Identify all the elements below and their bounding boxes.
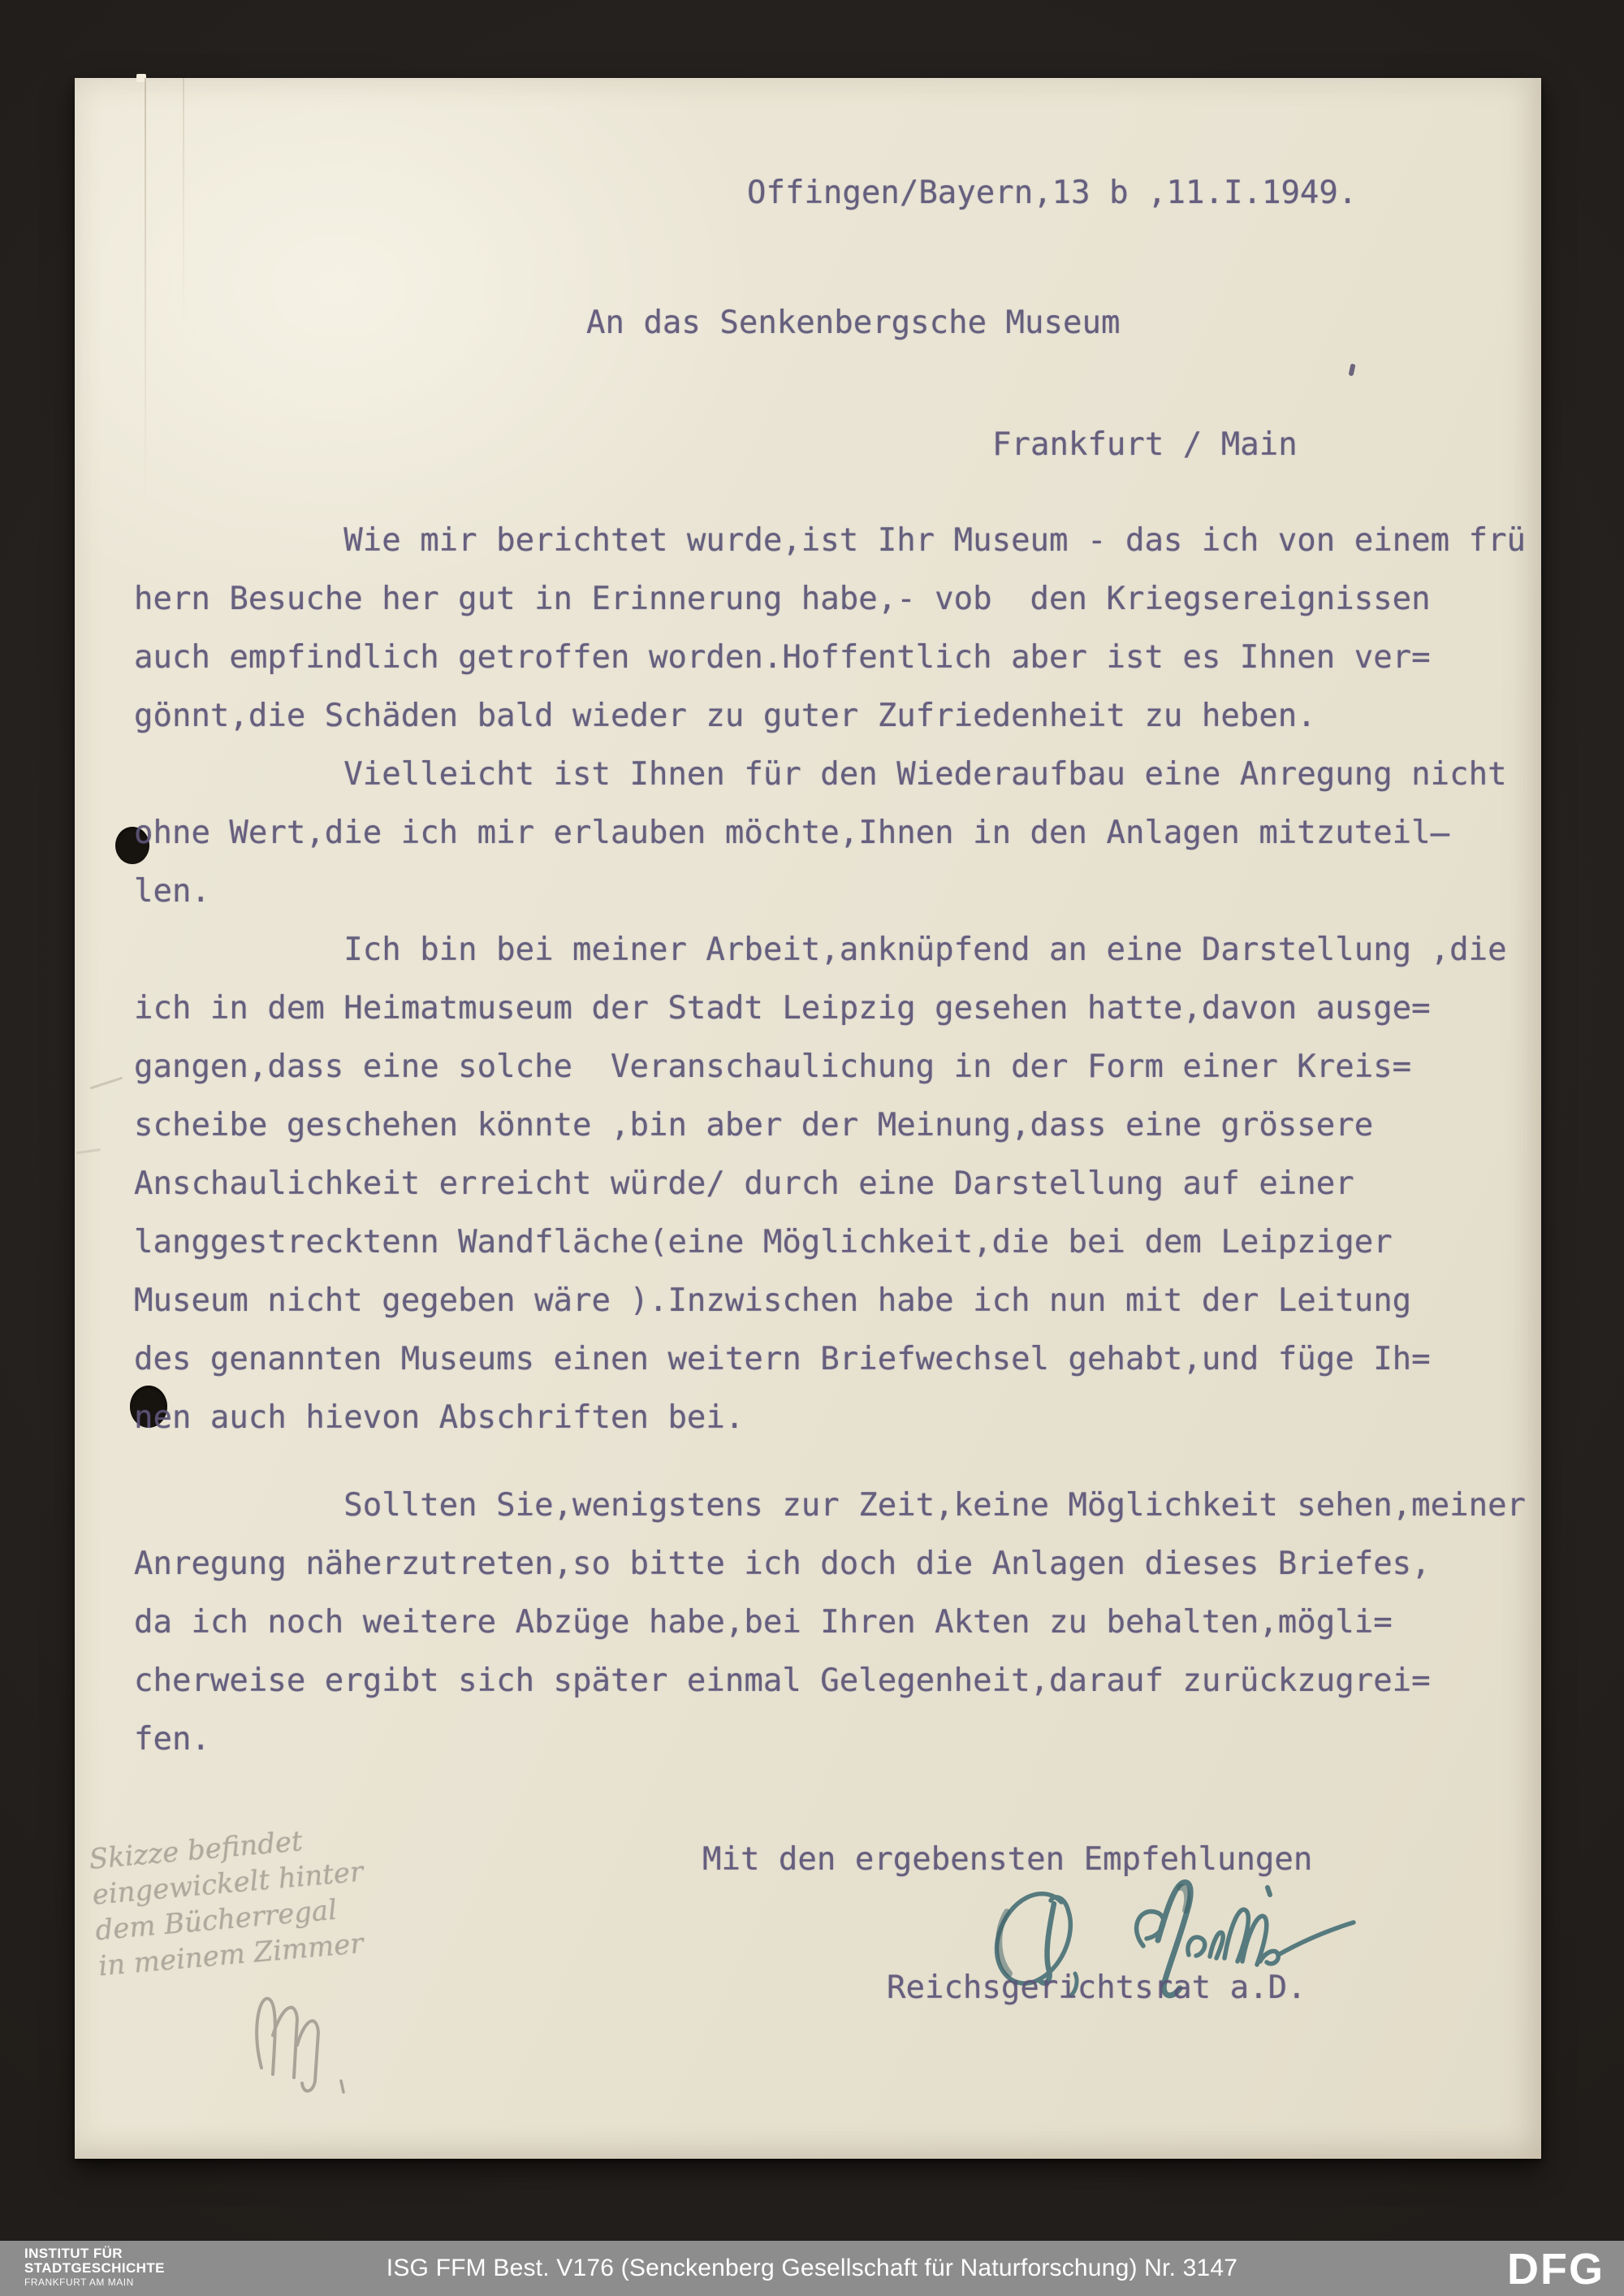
pencil-initials-handwriting: [234, 1975, 364, 2097]
pencil-annotation: Skizze befindet eingewickelt hinter dem …: [88, 1818, 371, 1984]
letter-body-block-b: Sollten Sie,wenigstens zur Zeit,keine Mö…: [134, 1477, 1526, 1769]
recipient-line: An das Senkenbergsche Museum: [586, 294, 1120, 352]
letter-body-block-a: Wie mir berichtet wurde,ist Ihr Museum -…: [134, 512, 1526, 1447]
dfg-logo: DFG: [1507, 2244, 1605, 2294]
signature-title-line: Reichsgerichtsrat a.D.: [887, 1959, 1307, 2017]
letter-page: Offingen/Bayern,13 b ,11.I.1949. An das …: [75, 78, 1541, 2159]
stray-ink-mark: [1349, 364, 1356, 377]
recipient-city-line: Frankfurt / Main: [992, 416, 1298, 474]
pencil-margin-mark: [76, 1148, 101, 1154]
archive-footer-bar: INSTITUT FÜR STADTGESCHICHTE FRANKFURT A…: [0, 2241, 1624, 2296]
archive-reference: ISG FFM Best. V176 (Senckenberg Gesellsc…: [0, 2241, 1624, 2296]
pencil-margin-mark: [90, 1077, 123, 1090]
scan-background: Offingen/Bayern,13 b ,11.I.1949. An das …: [0, 0, 1624, 2296]
paper-crease: [145, 78, 146, 517]
dateline: Offingen/Bayern,13 b ,11.I.1949.: [747, 164, 1357, 223]
paper-crease: [183, 78, 184, 330]
